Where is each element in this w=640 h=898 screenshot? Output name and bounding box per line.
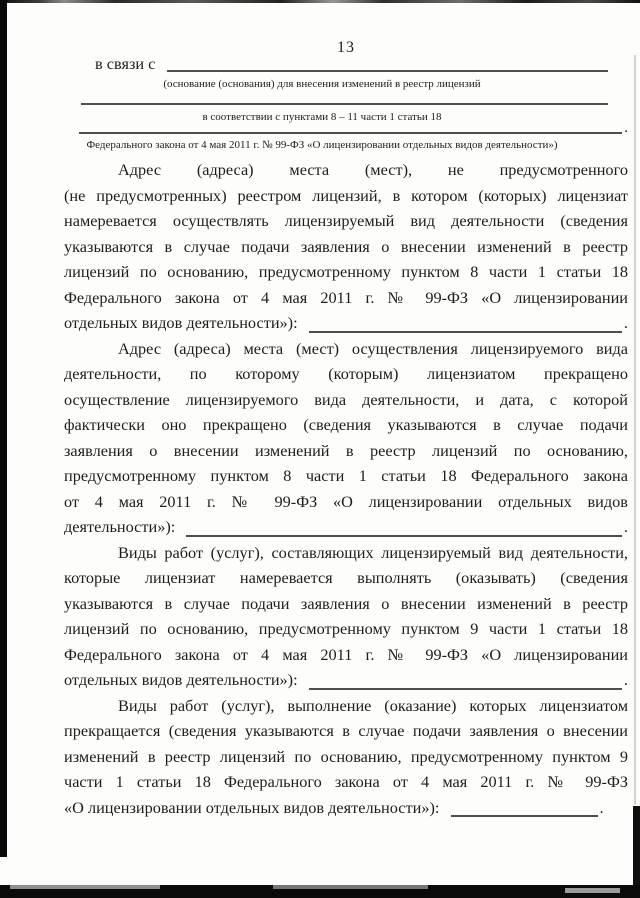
paragraph-line: (не предусмотренных) реестром лицензий, … bbox=[64, 183, 628, 209]
last-line-text: отдельных видов деятельности»): bbox=[64, 667, 302, 693]
field-caption-basis: (основание (основания) для внесения изме… bbox=[64, 78, 628, 90]
paragraph-line: Виды работ (услуг), выполнение (оказание… bbox=[64, 693, 628, 719]
paragraph-line: которые лицензиат намеревается выполнять… bbox=[64, 565, 628, 591]
paragraph-last-line: отдельных видов деятельности»): . bbox=[64, 667, 628, 693]
paragraph-line: деятельности, по которому (которым) лице… bbox=[64, 361, 628, 387]
fill-in-blank bbox=[186, 535, 622, 537]
paragraph-line: части 1 статьи 18 Федерального закона от… bbox=[64, 769, 628, 795]
last-line-text: деятельности»): bbox=[64, 514, 179, 540]
paragraph-line: изменений в реестр лицензий по основанию… bbox=[64, 744, 628, 770]
field-caption-points: в соответствии с пунктами 8 – 11 части 1… bbox=[64, 111, 628, 123]
paragraph-line: Федерального закона от 4 мая 2011 г. № 9… bbox=[64, 285, 628, 311]
blank-line-3 bbox=[79, 132, 622, 134]
fill-in-blank bbox=[309, 688, 622, 690]
page-number: 13 bbox=[64, 40, 628, 55]
paragraph-line: Адрес (адреса) места (мест) осуществлени… bbox=[64, 336, 628, 362]
sentence-period: . bbox=[624, 514, 628, 540]
sentence-period: . bbox=[624, 667, 628, 693]
paragraph-line: лицензий по основанию, предусмотренному … bbox=[64, 616, 628, 642]
fill-in-blank bbox=[309, 331, 622, 333]
paragraph-line: лицензий по основанию, предусмотренному … bbox=[64, 259, 628, 285]
scan-edge-bottom-gray-3 bbox=[565, 888, 620, 893]
page-content: 13 в связи с (основание (основания) для … bbox=[64, 0, 628, 820]
field-caption-law: Федерального закона от 4 мая 2011 г. № 9… bbox=[64, 139, 628, 151]
last-line-text: «О лицензировании отдельных видов деятел… bbox=[64, 795, 444, 821]
scan-edge-left bbox=[0, 0, 7, 857]
paragraph-line: Адрес (адреса) места (мест), не предусмо… bbox=[64, 157, 628, 183]
paragraph-line: намеревается осуществлять лицензируемый … bbox=[64, 208, 628, 234]
paragraph-last-line: отдельных видов деятельности»): . bbox=[64, 310, 628, 336]
sentence-period: . bbox=[624, 310, 628, 336]
scan-edge-right-mark bbox=[633, 806, 640, 886]
scan-edge-bottom-gray-2 bbox=[273, 885, 428, 889]
document-page: 13 в связи с (основание (основания) для … bbox=[0, 0, 640, 898]
last-line-text: отдельных видов деятельности»): bbox=[64, 310, 302, 336]
reason-field-row: в связи с bbox=[64, 56, 628, 72]
paragraph-line: Виды работ (услуг), составляющих лицензи… bbox=[64, 540, 628, 566]
paragraph-line: предусмотренному пунктом 8 части 1 стать… bbox=[64, 463, 628, 489]
scan-edge-right-faint bbox=[634, 55, 636, 805]
reason-label: в связи с bbox=[95, 56, 155, 72]
paragraph-address-ceased: Адрес (адреса) места (мест) осуществлени… bbox=[64, 336, 628, 540]
paragraph-line: указываются в случае подачи заявления о … bbox=[64, 234, 628, 260]
fill-in-blank bbox=[451, 815, 598, 817]
paragraph-line: осуществление лицензируемого вида деятел… bbox=[64, 387, 628, 413]
paragraph-works-ceased: Виды работ (услуг), выполнение (оказание… bbox=[64, 693, 628, 821]
paragraph-line: Федерального закона от 4 мая 2011 г. № 9… bbox=[64, 642, 628, 668]
reason-blank-line bbox=[167, 70, 608, 72]
paragraph-line: прекращается (сведения указываются в слу… bbox=[64, 718, 628, 744]
paragraph-line: фактически оно прекращено (сведения указ… bbox=[64, 412, 628, 438]
paragraph-works-new: Виды работ (услуг), составляющих лицензи… bbox=[64, 540, 628, 693]
blank-line-2 bbox=[81, 103, 608, 105]
paragraph-last-line: деятельности»): . bbox=[64, 514, 628, 540]
paragraph-line: указываются в случае подачи заявления о … bbox=[64, 591, 628, 617]
paragraph-line: заявления о внесении изменений в реестр … bbox=[64, 438, 628, 464]
paragraph-line: от 4 мая 2011 г. № 99-ФЗ «О лицензирован… bbox=[64, 489, 628, 515]
paragraph-address-new: Адрес (адреса) места (мест), не предусмо… bbox=[64, 157, 628, 336]
blank-line-3-row: . bbox=[79, 123, 628, 134]
sentence-period: . bbox=[600, 795, 604, 821]
paragraph-last-line: «О лицензировании отдельных видов деятел… bbox=[64, 795, 628, 821]
scan-edge-bottom-gray-1 bbox=[10, 885, 160, 889]
line3-period: . bbox=[624, 122, 628, 134]
